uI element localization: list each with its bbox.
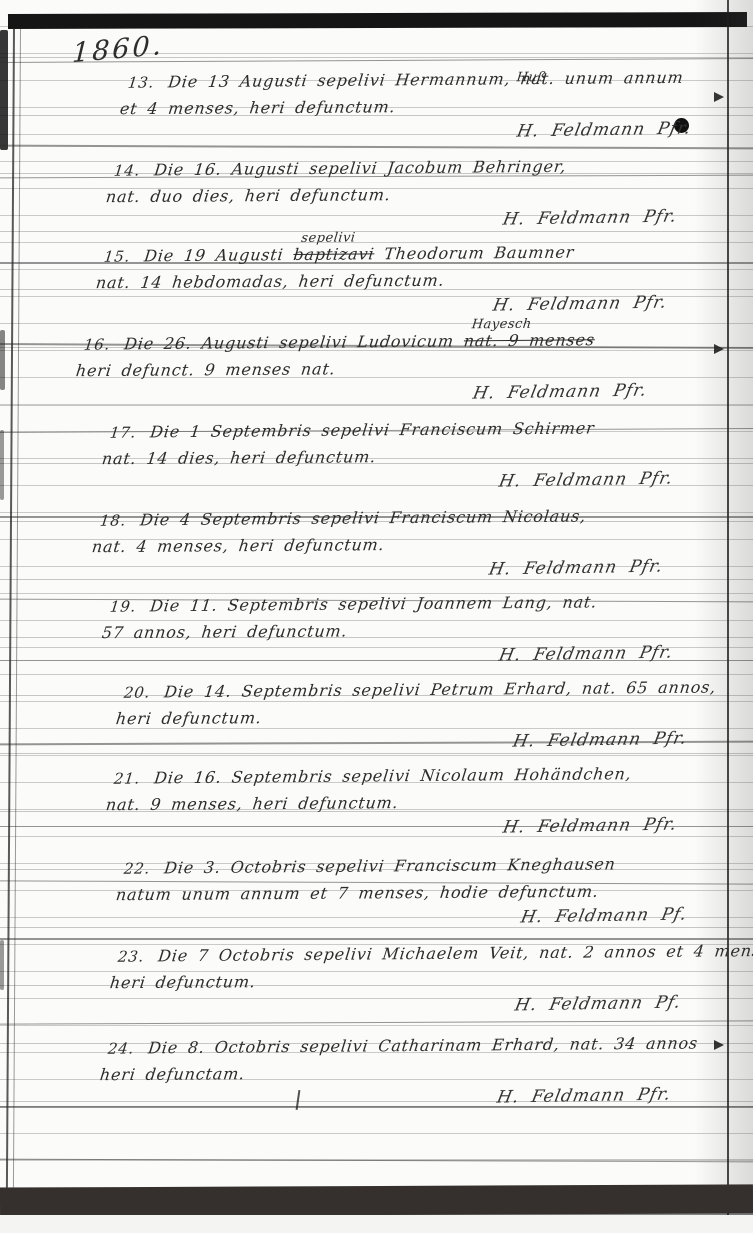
entry-line2: nat. 14 hebdomadas, heri defunctum. [95,269,720,292]
priest-signature: H. Feldmann Pfr. [98,556,717,587]
entry-line2: nat. 4 menses, heri defunctum. [91,533,716,556]
priest-signature: H. Feldmann Pfr. [106,1084,725,1115]
entry-line2: nat. duo dies, heri defunctum. [105,183,730,206]
register-entry: 23.Die 7 Octobris sepelivi Michaelem Vei… [118,944,733,1017]
entry-number: 22. [123,859,151,877]
priest-signature: H. Feldmann Pf. [116,992,735,1023]
entry-line1: 17.Die 1 Septembris sepelivi Franciscum … [109,417,726,441]
register-entry: 22.Die 3. Octobris sepelivi Franciscum K… [124,856,739,929]
register-entry: 21.Die 16. Septembris sepelivi Nicolaum … [114,766,729,839]
entry-line2: nat. 14 dies, heri defunctum. [101,445,726,468]
entry-line2: nat. 9 menses, heri defunctum. [105,791,730,814]
entry-line2: 57 annos, heri defunctum. [101,619,726,642]
inline-insertion: sepelivibaptizavi [292,244,375,264]
priest-signature: H. Feldmann Pfr. [126,118,745,149]
priest-signature: H. Feldmann Pfr. [82,380,701,411]
ruled-line [0,1020,753,1024]
entry-line1: 19.Die 11. Septembris sepelivi Joannem L… [109,591,726,615]
scan-top-edge-bar [8,12,747,29]
scan-edge-blob [0,430,4,500]
entry-number: 18. [99,511,127,529]
scan-edge-blob [0,30,8,150]
entry-number: 17. [109,423,137,441]
entry-line2: heri defunctum. [109,969,734,992]
entry-line1: 20.Die 14. Septembris sepelivi Petrum Er… [123,677,740,701]
entry-line2: natum unum annum et 7 menses, hodie defu… [115,881,740,904]
register-entry: 20.Die 14. Septembris sepelivi Petrum Er… [124,680,739,753]
priest-signature: H. Feldmann Pf. [122,904,741,935]
burial-register-scan: 1860. 13.Die 13 Augusti sepelivi Hermann… [0,0,753,1233]
register-entry: 17.Die 1 Septembris sepelivi Franciscum … [110,420,725,493]
scan-bottom-margin [0,1215,753,1233]
register-entry: 16.Die 26. Augusti sepelivi Ludovicum Ha… [84,332,699,405]
register-entry: 24.Die 8. Octobris sepelivi Catharinam E… [108,1036,723,1109]
entry-line1: 18.Die 4 Septembris sepelivi Franciscum … [99,505,716,529]
entry-number: 19. [109,597,137,615]
scan-artifact-arrow [714,344,724,354]
entry-line2: heri defunctum. [115,705,740,728]
entry-line1: 22.Die 3. Octobris sepelivi Franciscum K… [123,853,740,877]
priest-signature: H. Feldmann Pfr. [102,292,721,323]
priest-signature: H. Feldmann Pfr. [112,814,731,845]
register-entry: 18.Die 4 Septembris sepelivi Franciscum … [100,508,715,581]
entry-number: 20. [123,683,151,701]
ruled-line [0,145,753,150]
entry-number: 13. [127,73,155,91]
entry-line2: et 4 menses, heri defunctum. [119,95,744,118]
entry-line2: heri defunctam. [99,1061,724,1084]
register-entry: 15.Die 19 Augusti sepelivibaptizavi Theo… [104,244,719,317]
ruled-line [0,938,753,940]
register-entry: 14.Die 16. Augusti sepelivi Jacobum Behr… [114,158,729,231]
register-entry: 13.Die 13 Augusti sepelivi Hermannum,Huß… [128,70,743,143]
entry-number: 15. [103,247,131,265]
scan-bottom-edge-bar [0,1184,753,1216]
entry-line1: 21.Die 16. Septembris sepelivi Nicolaum … [113,763,730,787]
priest-signature: H. Feldmann Pfr. [108,642,727,673]
left-margin-rule [6,28,21,1188]
register-entry: 19.Die 11. Septembris sepelivi Joannem L… [110,594,725,667]
priest-signature: H. Feldmann Pfr. [122,728,741,759]
entry-line1: 15.Die 19 Augusti sepelivibaptizavi Theo… [103,241,720,265]
scan-edge-blob [0,940,4,990]
priest-signature: H. Feldmann Pfr. [108,468,727,499]
entry-line2: heri defunct. 9 menses nat. [75,357,700,380]
ruled-line [0,1159,753,1163]
year-label: 1860. [71,30,165,69]
entry-number: 14. [113,161,141,179]
priest-signature: H. Feldmann Pfr. [112,206,731,237]
entry-line1: 24.Die 8. Octobris sepelivi Catharinam E… [107,1033,724,1057]
entry-number: 16. [83,335,111,353]
entry-number: 21. [113,769,141,787]
entry-line1: 13.Die 13 Augusti sepelivi Hermannum,Huß… [127,67,744,91]
scan-edge-blob [0,330,5,390]
inline-insertion: Hayeschnat. 9 menses [463,330,596,350]
entry-line1: 23.Die 7 Octobris sepelivi Michaelem Vei… [117,941,734,965]
entry-number: 23. [117,947,145,965]
entry-number: 24. [107,1039,135,1057]
entry-line1: 16.Die 26. Augusti sepelivi Ludovicum Ha… [83,329,700,353]
entry-line1: 14.Die 16. Augusti sepelivi Jacobum Behr… [113,155,730,179]
